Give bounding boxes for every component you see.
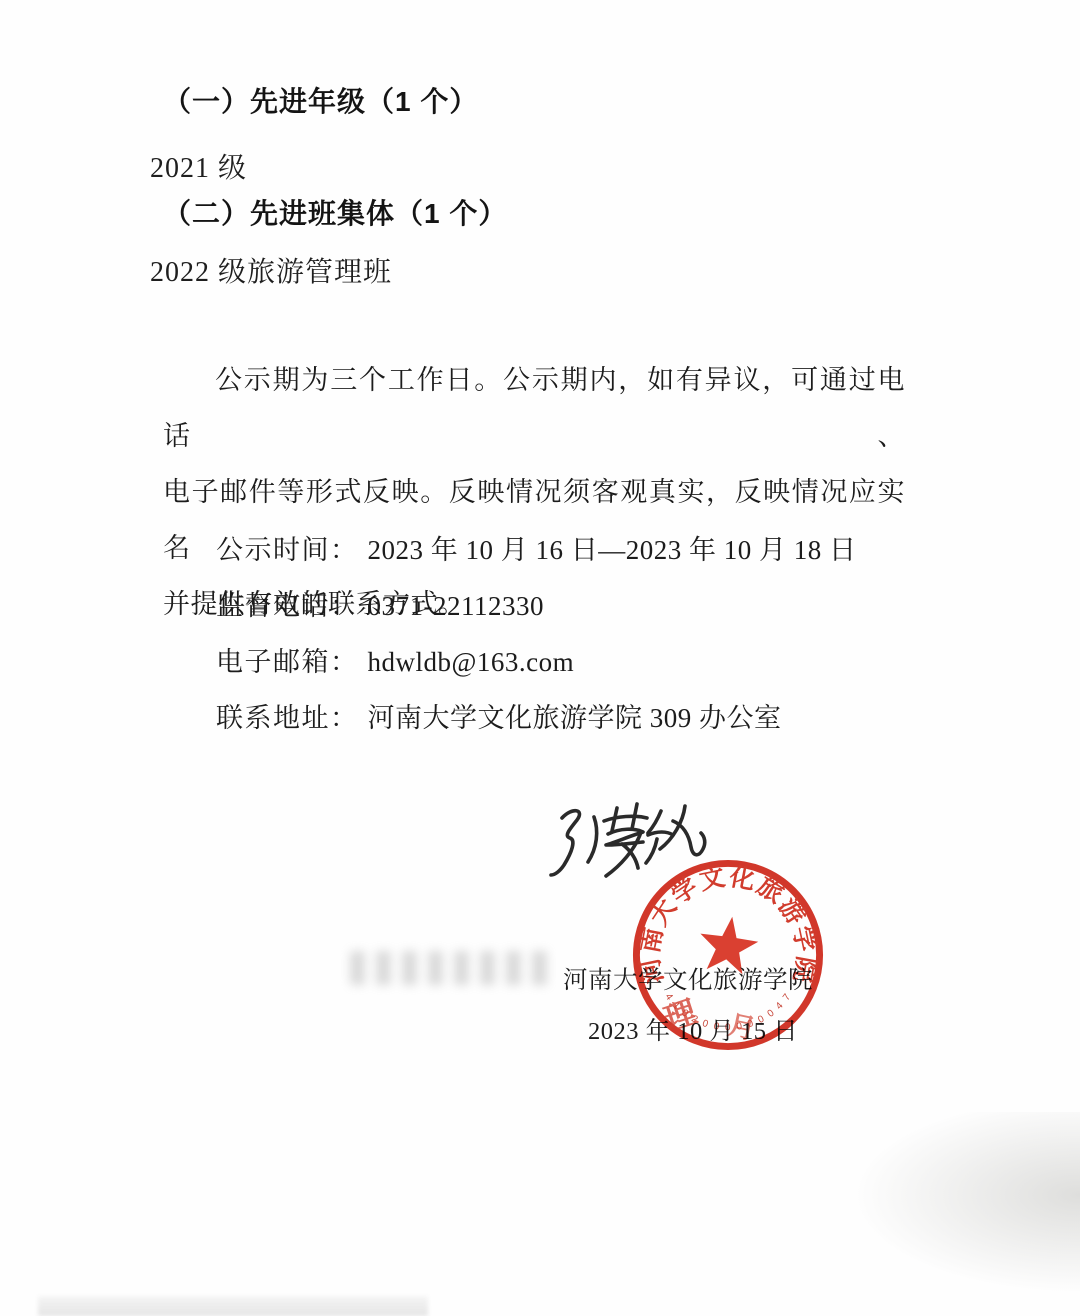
supervision-phone-label: 监督电话： [216, 591, 359, 621]
publicity-period-row: 公示时间：2023 年 10 月 16 日—2023 年 10 月 18 日 [216, 522, 857, 578]
official-seal: 河南大学文化旅游学院 4102000000047 理 月 [629, 856, 827, 1054]
email-row: 电子邮箱：hdwldb@163.com [216, 634, 857, 690]
seal-arc-textpath: 河南大学文化旅游学院 [636, 863, 820, 986]
seal-star-icon [696, 913, 762, 976]
address-label: 联系地址： [216, 703, 359, 733]
supervision-phone-value: 0371-22112330 [368, 591, 545, 621]
scanned-notice-page: （一）先进年级（1 个） 2021 级 （二）先进班集体（1 个） 2022 级… [0, 0, 1080, 1316]
supervision-phone-row: 监督电话：0371-22112330 [216, 578, 857, 634]
advanced-class-value: 2022 级旅游管理班 [150, 250, 392, 290]
section-heading-advanced-grade: （一）先进年级（1 个） [163, 80, 478, 120]
contact-info-list: 公示时间：2023 年 10 月 16 日—2023 年 10 月 18 日 监… [216, 522, 857, 746]
email-label: 电子邮箱： [216, 647, 359, 677]
address-row: 联系地址：河南大学文化旅游学院 309 办公室 [216, 690, 857, 746]
address-value: 河南大学文化旅游学院 309 办公室 [368, 703, 782, 733]
scan-shadow-bottom [38, 1296, 428, 1316]
publicity-period-value: 2023 年 10 月 16 日—2023 年 10 月 18 日 [368, 535, 857, 565]
notice-line-1: 公示期为三个工作日。公示期内，如有异议，可通过电话、 [163, 352, 905, 464]
seal-arc-text: 河南大学文化旅游学院 [636, 863, 820, 986]
email-value: hdwldb@163.com [368, 647, 575, 677]
scan-shadow-right [845, 1112, 1080, 1297]
section-heading-advanced-class: （二）先进班集体（1 个） [163, 192, 507, 232]
advanced-grade-value: 2021 级 [150, 146, 247, 186]
ink-bleed-smudge [350, 951, 550, 985]
publicity-period-label: 公示时间： [216, 535, 359, 565]
